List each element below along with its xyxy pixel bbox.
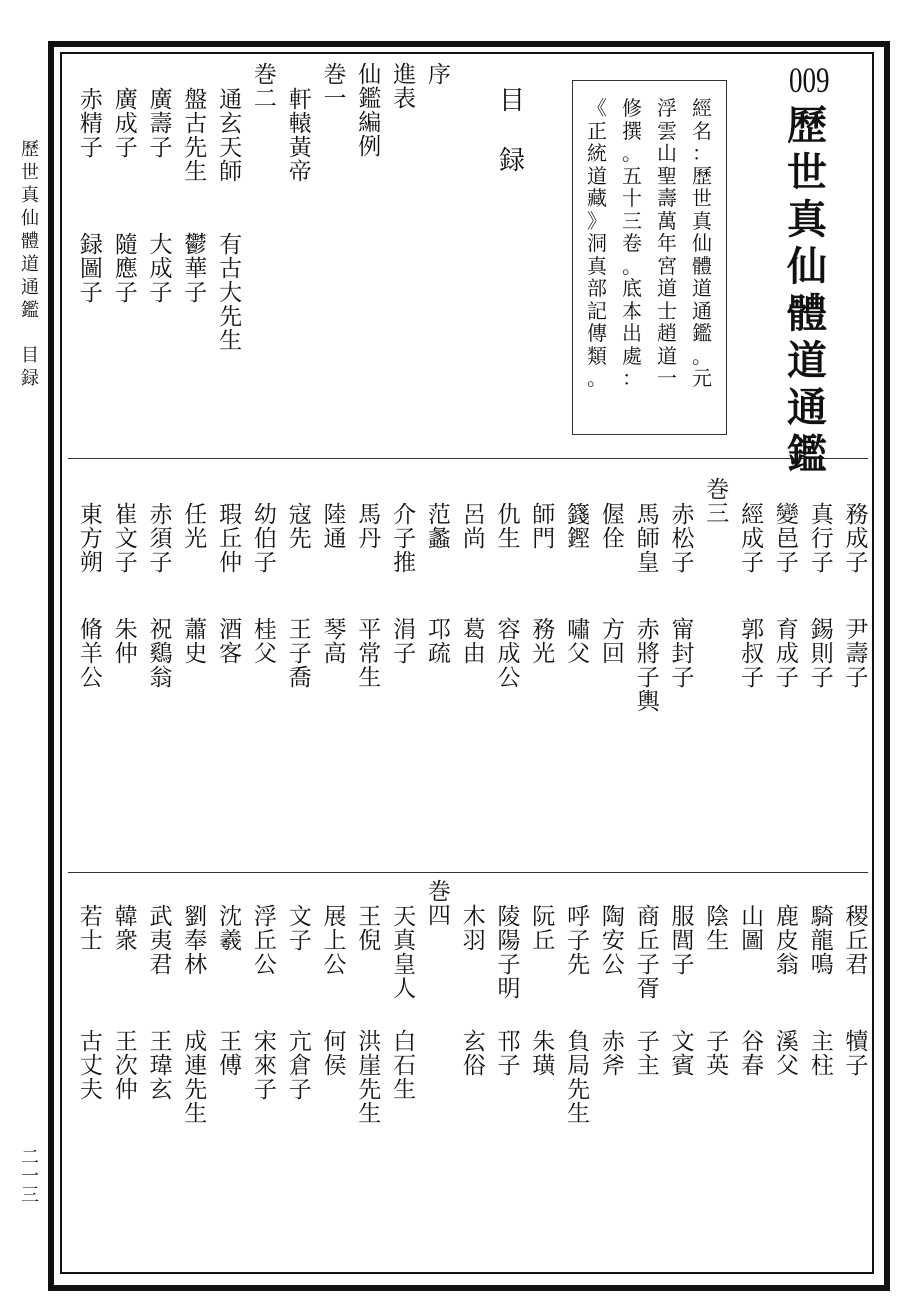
toc-entry: 崔文子 (113, 503, 139, 575)
toc-entry-secondary: 祝鷄翁 (148, 618, 174, 690)
toc-entry: 文子 (287, 905, 313, 953)
toc-entry-secondary: 白石生 (392, 1030, 418, 1102)
toc-entry: 變邑子 (774, 503, 800, 575)
toc-entry: 王倪 (357, 905, 383, 953)
toc-heading: 目 録 (497, 86, 527, 176)
toc-entry-secondary: 王子喬 (287, 618, 313, 690)
toc-entry: 武夷君 (148, 905, 174, 977)
toc-entry-secondary: 育成子 (774, 618, 800, 690)
toc-entry: 巻四 (426, 880, 452, 928)
toc-entry-secondary: 子主 (635, 1030, 661, 1078)
toc-entry-secondary: 溪父 (774, 1030, 800, 1078)
toc-entry: 韓衆 (113, 905, 139, 953)
toc-entry-secondary: 大成子 (148, 233, 174, 305)
toc-entry: 范蠡 (426, 503, 452, 551)
toc-entry: 真行子 (809, 503, 835, 575)
toc-entry-secondary: 成連先生 (183, 1030, 209, 1126)
toc-entry: 陵陽子明 (496, 905, 522, 1001)
running-head-title: 歷世真仙體道通鑑 (17, 138, 43, 322)
text-title: 歷世真仙體道通鑑 (785, 103, 829, 479)
toc-entry-secondary: 王傅 (218, 1030, 244, 1078)
page-number: 二一三 (16, 1148, 44, 1205)
toc-entry: 天真皇人 (392, 905, 418, 1001)
toc-entry-secondary: 古丈夫 (78, 1030, 104, 1102)
toc-entry: 經成子 (740, 503, 766, 575)
toc-entry: 稷丘君 (844, 905, 870, 977)
toc-entry: 巻一 (322, 63, 348, 111)
toc-entry: 商丘子胥 (635, 905, 661, 1001)
toc-entry-secondary: 務光 (531, 618, 557, 666)
toc-entry: 籛鏗 (566, 503, 592, 551)
toc-entry-secondary: 錫則子 (809, 618, 835, 690)
toc-entry-secondary: 郭叔子 (740, 618, 766, 690)
toc-entry-secondary: 脩羊公 (78, 618, 104, 690)
info-line-3: 修撰。五十三卷。底本出處： (619, 97, 645, 390)
toc-entry-secondary: 赤斧 (600, 1030, 626, 1078)
toc-entry: 瑕丘仲 (218, 503, 244, 575)
info-box: 經名：歷世真仙體道通鑑。元 浮雲山聖壽萬年宮道士趙道一 修撰。五十三卷。底本出處… (572, 80, 727, 435)
toc-entry-secondary: 隨應子 (113, 233, 139, 305)
toc-entry: 浮丘公 (252, 905, 278, 977)
toc-entry-secondary: 琴高 (322, 618, 348, 666)
toc-entry: 展上公 (322, 905, 348, 977)
toc-entry-secondary: 文賓 (670, 1030, 696, 1078)
toc-entry: 馬丹 (357, 503, 383, 551)
toc-entry-secondary: 犢子 (844, 1030, 870, 1078)
toc-entry: 介子推 (392, 503, 418, 575)
toc-entry: 赤須子 (148, 503, 174, 575)
info-line-text: 經名：歷世真仙體道通鑑。元 (689, 97, 715, 390)
toc-heading-char-2: 録 (497, 146, 527, 176)
toc-entry-secondary: 鬱華子 (183, 233, 209, 305)
toc-entry-secondary: 邗子 (496, 1030, 522, 1078)
toc-entry-secondary: 王次仲 (113, 1030, 139, 1102)
running-head-section: 目録 (17, 344, 43, 390)
toc-entry: 軒轅黃帝 (287, 88, 313, 184)
section-divider-1 (68, 458, 868, 459)
toc-entry-secondary: 甯封子 (670, 618, 696, 690)
toc-entry: 騎龍鳴 (809, 905, 835, 977)
page-number-text: 二一三 (17, 1148, 43, 1205)
info-line-text: 《正統道藏》洞真部記傳類。 (584, 97, 610, 390)
toc-entry: 木羽 (461, 905, 487, 953)
toc-entry: 陸通 (322, 503, 348, 551)
toc-entry: 鹿皮翁 (774, 905, 800, 977)
toc-entry-secondary: 玄俗 (461, 1030, 487, 1078)
toc-entry: 巻三 (705, 478, 731, 526)
toc-entry: 山圖 (740, 905, 766, 953)
toc-entry: 赤松子 (670, 503, 696, 575)
toc-entry: 仙鑑編例 (357, 63, 383, 159)
toc-entry-secondary: 有古大先生 (218, 233, 244, 353)
toc-entry-secondary: 録圖子 (78, 233, 104, 305)
toc-entry-secondary: 主柱 (809, 1030, 835, 1078)
toc-entry: 務成子 (844, 503, 870, 575)
toc-entry-secondary: 酒客 (218, 618, 244, 666)
toc-entry: 呂尚 (461, 503, 487, 551)
toc-entry: 沈羲 (218, 905, 244, 953)
toc-entry-secondary: 王瑋玄 (148, 1030, 174, 1102)
info-line-2: 浮雲山聖壽萬年宮道士趙道一 (654, 97, 680, 390)
toc-heading-char-1: 目 (497, 86, 527, 116)
toc-entry: 寇先 (287, 503, 313, 551)
toc-entry-secondary: 邛疏 (426, 618, 452, 666)
toc-entry: 服閭子 (670, 905, 696, 977)
toc-entry-secondary: 洪崖先生 (357, 1030, 383, 1126)
toc-entry-secondary: 亢倉子 (287, 1030, 313, 1102)
toc-entry-secondary: 蕭史 (183, 618, 209, 666)
toc-entry: 通玄天師 (218, 88, 244, 184)
toc-entry: 阮丘 (531, 905, 557, 953)
toc-entry: 仇生 (496, 503, 522, 551)
toc-entry-secondary: 方回 (600, 618, 626, 666)
text-number: 009 (789, 62, 825, 98)
toc-entry-secondary: 尹壽子 (844, 618, 870, 690)
toc-entry-secondary: 桂父 (252, 618, 278, 666)
toc-entry: 師門 (531, 503, 557, 551)
toc-entry-secondary: 葛由 (461, 618, 487, 666)
toc-entry: 若士 (78, 905, 104, 953)
toc-entry-secondary: 朱璜 (531, 1030, 557, 1078)
toc-entry-secondary: 宋來子 (252, 1030, 278, 1102)
toc-entry: 呼子先 (566, 905, 592, 977)
toc-entry: 廣壽子 (148, 88, 174, 160)
toc-entry-secondary: 嘯父 (566, 618, 592, 666)
running-head: 歷世真仙體道通鑑 目録 (16, 138, 44, 390)
toc-entry: 廣成子 (113, 88, 139, 160)
toc-entry-secondary: 平常生 (357, 618, 383, 690)
toc-entry: 馬師皇 (635, 503, 661, 575)
toc-entry: 劉奉林 (183, 905, 209, 977)
toc-entry-secondary: 涓子 (392, 618, 418, 666)
section-divider-2 (68, 872, 868, 873)
toc-entry: 進表 (392, 63, 418, 111)
info-line-1: 經名：歷世真仙體道通鑑。元 (689, 97, 715, 390)
toc-entry-secondary: 朱仲 (113, 618, 139, 666)
toc-entry-secondary: 子英 (705, 1030, 731, 1078)
toc-entry: 赤精子 (78, 88, 104, 160)
toc-entry: 巻二 (252, 63, 278, 111)
text-title-chars: 歷世真仙體道通鑑 (785, 103, 829, 479)
toc-entry: 任光 (183, 503, 209, 551)
toc-entry-secondary: 谷春 (740, 1030, 766, 1078)
toc-entry: 序 (426, 63, 452, 87)
toc-entry-secondary: 負局先生 (566, 1030, 592, 1126)
toc-entry: 幼伯子 (252, 503, 278, 575)
toc-entry: 盤古先生 (183, 88, 209, 184)
toc-entry-secondary: 赤將子輿 (635, 618, 661, 714)
toc-entry: 陶安公 (600, 905, 626, 977)
toc-entry: 陰生 (705, 905, 731, 953)
info-line-4: 《正統道藏》洞真部記傳類。 (584, 97, 610, 390)
toc-entry: 東方朔 (78, 503, 104, 575)
toc-entry: 偓佺 (600, 503, 626, 551)
toc-entry-secondary: 何侯 (322, 1030, 348, 1078)
toc-entry-secondary: 容成公 (496, 618, 522, 690)
info-line-text: 修撰。五十三卷。底本出處： (619, 97, 645, 390)
info-line-text: 浮雲山聖壽萬年宮道士趙道一 (654, 97, 680, 390)
